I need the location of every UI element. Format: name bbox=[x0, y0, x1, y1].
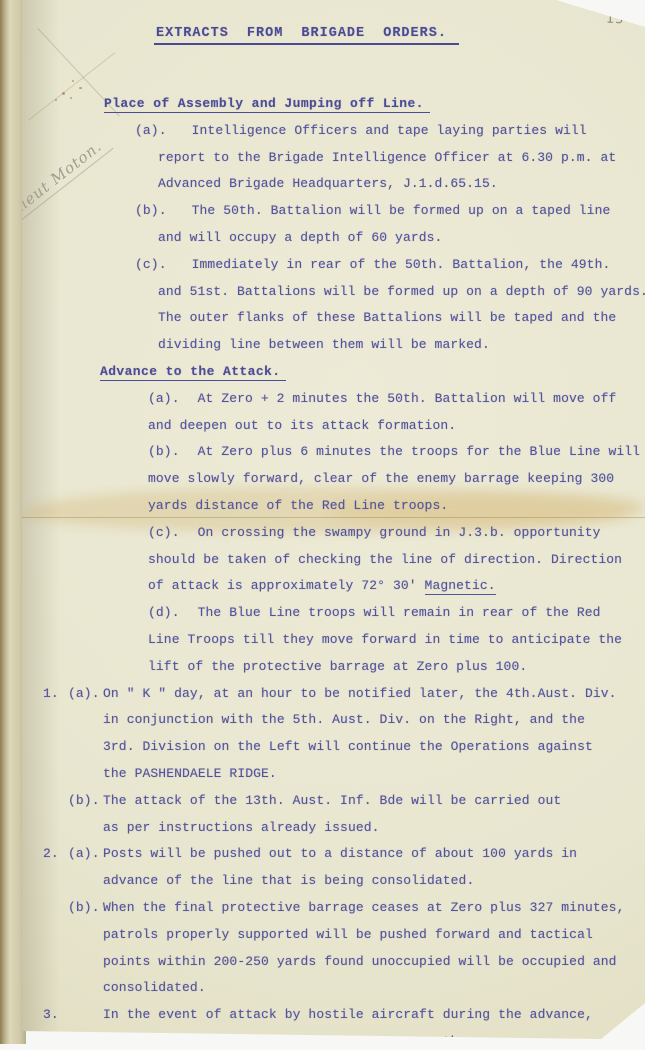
paragraph-line: in conjunction with the 5th. Aust. Div. … bbox=[103, 707, 645, 734]
paragraph-line: (b).At Zero plus 6 minutes the troops fo… bbox=[148, 439, 645, 466]
paragraph-label: (b). bbox=[135, 198, 167, 225]
underlined-text: Magnetic. bbox=[425, 578, 496, 595]
paragraph-line: the PASHENDAELE RIDGE. bbox=[103, 761, 645, 788]
numbered-item: 1.(a).On " K " day, at an hour to be not… bbox=[0, 681, 645, 788]
item-text: In the event of attack by hostile aircra… bbox=[103, 1002, 645, 1050]
item-text: On " K " day, at an hour to be notified … bbox=[103, 681, 645, 788]
paragraph-label: (a). bbox=[148, 386, 180, 413]
paragraph-line: (d).The Blue Line troops will remain in … bbox=[148, 600, 645, 627]
paragraph-line: as per instructions already issued. bbox=[103, 815, 645, 842]
paragraph-line: certain Lewis guns must be ready to enga… bbox=[103, 1029, 645, 1050]
paragraph-label: (c). bbox=[148, 520, 180, 547]
paragraph-line: move slowly forward, clear of the enemy … bbox=[148, 466, 645, 493]
numbered-item: (b).The attack of the 13th. Aust. Inf. B… bbox=[0, 788, 645, 842]
document-title: EXTRACTS FROM BRIGADE ORDERS. bbox=[154, 20, 645, 47]
paragraph-line: Posts will be pushed out to a distance o… bbox=[103, 841, 645, 868]
item-number bbox=[43, 788, 68, 842]
typewritten-content: EXTRACTS FROM BRIGADE ORDERS. Place of A… bbox=[0, 0, 645, 1050]
paragraph-line: The attack of the 13th. Aust. Inf. Bde w… bbox=[103, 788, 645, 815]
paragraph-line: should be taken of checking the line of … bbox=[148, 547, 645, 574]
paragraph-line: dividing line between them will be marke… bbox=[158, 332, 645, 359]
scanned-page: 15 Lieut Moton. EXTRACTS FROM BRIGADE OR… bbox=[0, 0, 645, 1050]
paragraph-line: of attack is approximately 72° 30' Magne… bbox=[148, 573, 645, 600]
paragraph-line: lift of the protective barrage at Zero p… bbox=[148, 654, 645, 681]
paragraph-line: yards distance of the Red Line troops. bbox=[148, 493, 645, 520]
section-heading-text: Place of Assembly and Jumping off Line. bbox=[104, 96, 430, 113]
order-paragraph: (b).At Zero plus 6 minutes the troops fo… bbox=[0, 439, 645, 519]
paragraph-label: (a). bbox=[135, 118, 167, 145]
paragraph-label: (d). bbox=[148, 600, 180, 627]
paragraph-line: consolidated. bbox=[103, 975, 645, 1002]
item-label: (b). bbox=[68, 895, 103, 1002]
order-paragraph: (c).Immediately in rear of the 50th. Bat… bbox=[0, 252, 645, 359]
paragraph-line: patrols properly supported will be pushe… bbox=[103, 922, 645, 949]
paragraph-label: (b). bbox=[148, 439, 180, 466]
item-text: The attack of the 13th. Aust. Inf. Bde w… bbox=[103, 788, 645, 842]
item-label bbox=[68, 1002, 103, 1050]
item-label: (a). bbox=[68, 841, 103, 895]
order-paragraph: (d).The Blue Line troops will remain in … bbox=[0, 600, 645, 680]
paragraph-line: report to the Brigade Intelligence Offic… bbox=[158, 145, 645, 172]
paragraph-line: (a).At Zero + 2 minutes the 50th. Battal… bbox=[148, 386, 645, 413]
section-heading: Advance to the Attack. bbox=[100, 359, 645, 386]
item-number: 1. bbox=[43, 681, 68, 788]
paragraph-line: (b).The 50th. Battalion will be formed u… bbox=[158, 198, 645, 225]
paragraph-line: points within 200-250 yards found unoccu… bbox=[103, 949, 645, 976]
paragraph-line: Line Troops till they move forward in ti… bbox=[148, 627, 645, 654]
item-label: (b). bbox=[68, 788, 103, 842]
paragraph-line: 3rd. Division on the Left will continue … bbox=[103, 734, 645, 761]
numbered-item: 2.(a).Posts will be pushed out to a dist… bbox=[0, 841, 645, 895]
paragraph-line: (c).Immediately in rear of the 50th. Bat… bbox=[158, 252, 645, 279]
order-paragraph: (c).On crossing the swampy ground in J.3… bbox=[0, 520, 645, 600]
item-text: When the final protective barrage ceases… bbox=[103, 895, 645, 1002]
section-heading-text: Advance to the Attack. bbox=[100, 364, 286, 381]
paragraph-line: (a).Intelligence Officers and tape layin… bbox=[158, 118, 645, 145]
item-label: (a). bbox=[68, 681, 103, 788]
item-text: Posts will be pushed out to a distance o… bbox=[103, 841, 645, 895]
order-paragraph: (a).Intelligence Officers and tape layin… bbox=[0, 118, 645, 198]
paper-sheet: 15 Lieut Moton. EXTRACTS FROM BRIGADE OR… bbox=[0, 0, 645, 1050]
paragraph-label: (c). bbox=[135, 252, 167, 279]
order-paragraph: (a).At Zero + 2 minutes the 50th. Battal… bbox=[0, 386, 645, 440]
item-number: 3. bbox=[43, 1002, 68, 1050]
item-number bbox=[43, 895, 68, 1002]
document-title-text: EXTRACTS FROM BRIGADE ORDERS. bbox=[154, 26, 459, 45]
numbered-item: 3.In the event of attack by hostile airc… bbox=[0, 1002, 645, 1050]
paragraph-line: and 51st. Battalions will be formed up o… bbox=[158, 279, 645, 306]
paragraph-line: and deepen out to its attack formation. bbox=[148, 413, 645, 440]
order-paragraph: (b).The 50th. Battalion will be formed u… bbox=[0, 198, 645, 252]
paragraph-line: In the event of attack by hostile aircra… bbox=[103, 1002, 645, 1029]
paragraph-line: Advanced Brigade Headquarters, J.1.d.65.… bbox=[158, 171, 645, 198]
document-body: Place of Assembly and Jumping off Line.(… bbox=[0, 91, 645, 1050]
item-number: 2. bbox=[43, 841, 68, 895]
paragraph-line: (c).On crossing the swampy ground in J.3… bbox=[148, 520, 645, 547]
paragraph-line: The outer flanks of these Battalions wil… bbox=[158, 305, 645, 332]
paragraph-line: When the final protective barrage ceases… bbox=[103, 895, 645, 922]
paragraph-line: advance of the line that is being consol… bbox=[103, 868, 645, 895]
section-heading: Place of Assembly and Jumping off Line. bbox=[104, 91, 645, 118]
paragraph-line: and will occupy a depth of 60 yards. bbox=[158, 225, 645, 252]
numbered-item: (b).When the final protective barrage ce… bbox=[0, 895, 645, 1002]
paragraph-line: On " K " day, at an hour to be notified … bbox=[103, 681, 645, 708]
